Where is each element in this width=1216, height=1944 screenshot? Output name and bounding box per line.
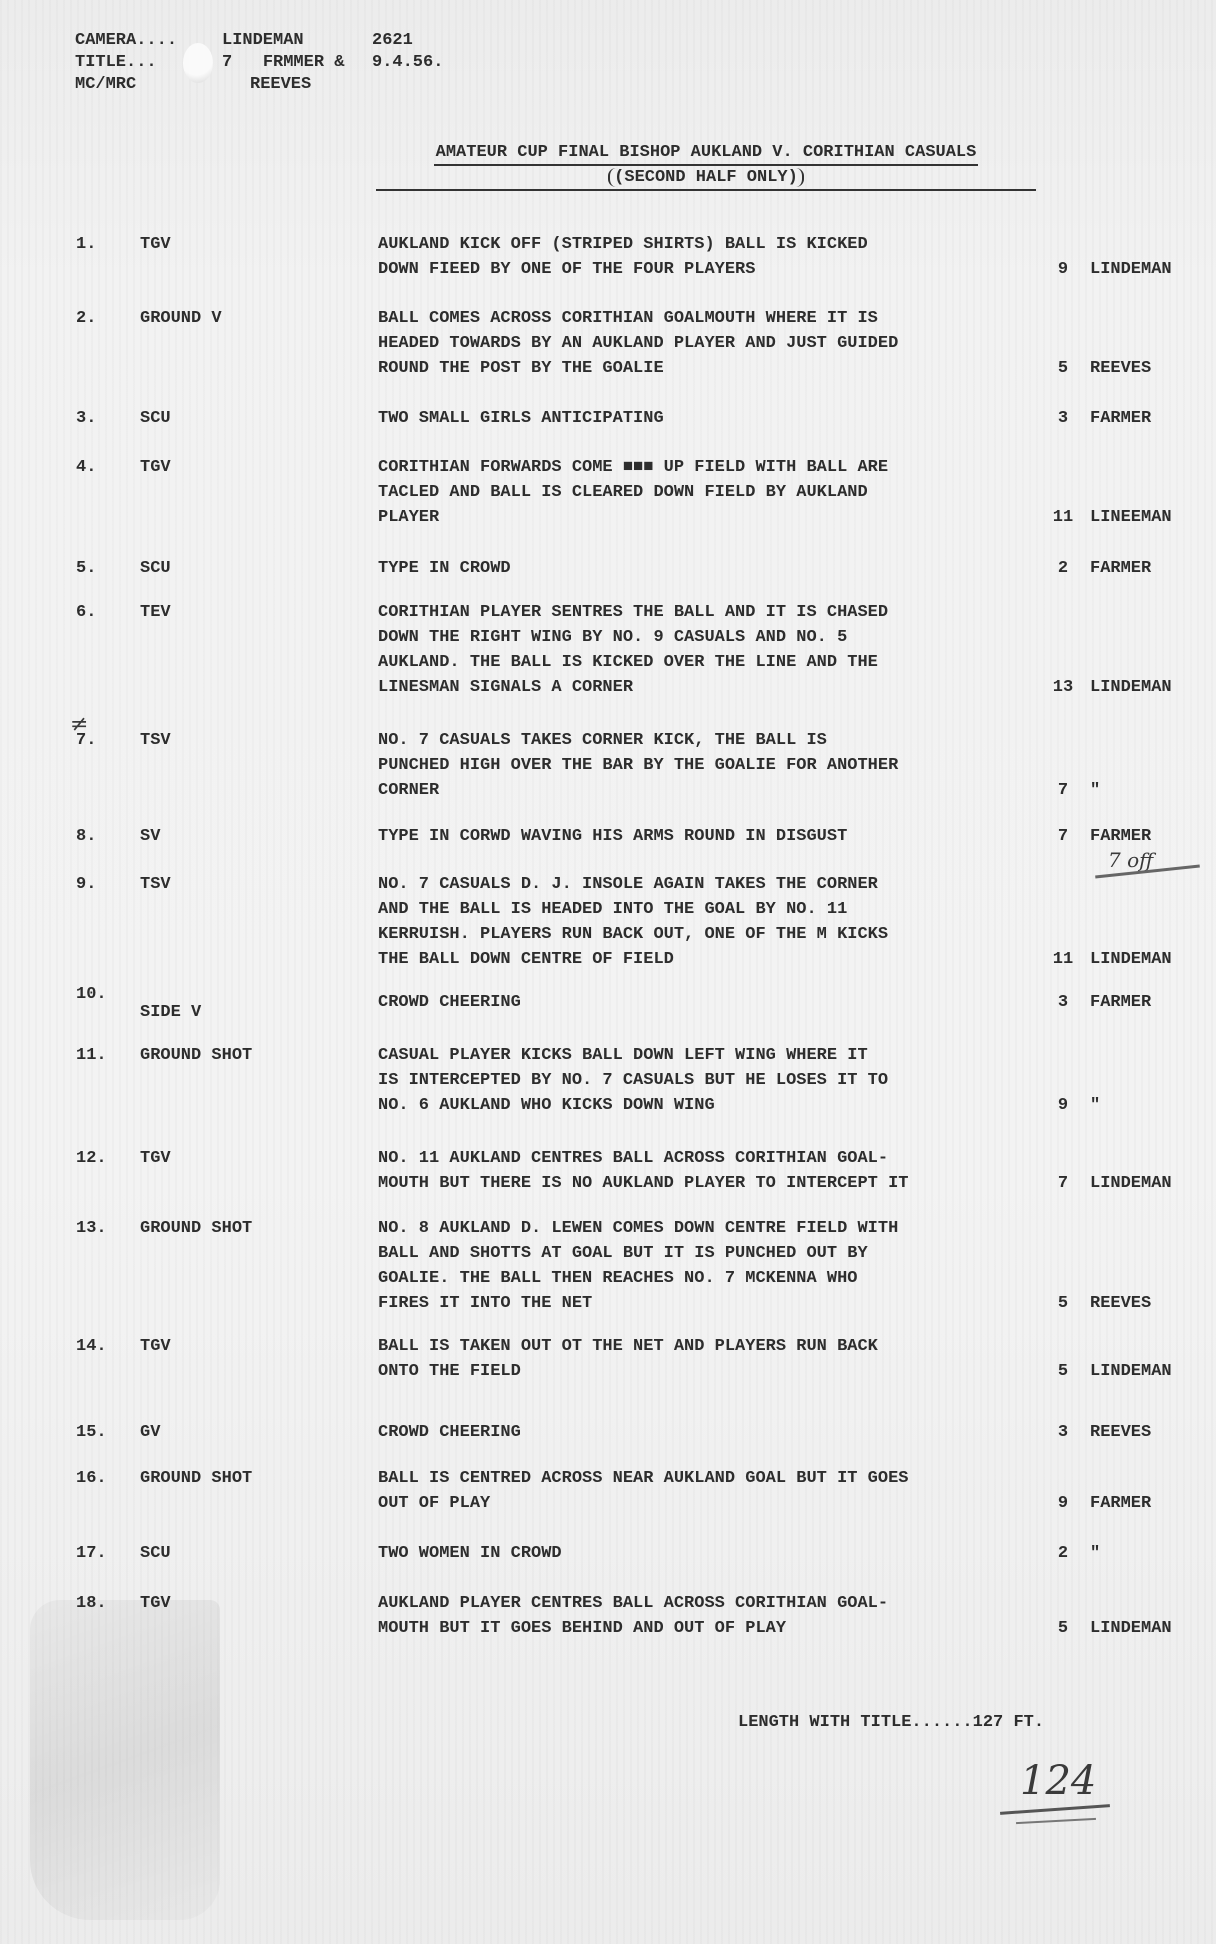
shot-description: BALL COMES ACROSS CORITHIAN GOALMOUTH WH… [378, 306, 1038, 381]
shot-type: TEV [140, 600, 340, 625]
shot-number: 1. [76, 232, 116, 257]
shot-number: 12. [76, 1146, 116, 1171]
title-value-names: FRMMER & [263, 53, 345, 72]
shot-number: 2. [76, 306, 116, 331]
shot-number: 16. [76, 1466, 116, 1491]
shot-number: 5. [76, 556, 116, 581]
shot-cameraman: REEVES [1090, 1291, 1216, 1316]
shot-description: CORITHIAN PLAYER SENTRES THE BALL AND IT… [378, 600, 1038, 700]
shot-length-feet: 2 [1048, 556, 1078, 581]
document-title: AMATEUR CUP FINAL BISHOP AUKLAND V. CORI… [376, 142, 1036, 191]
shot-cameraman: " [1090, 1093, 1216, 1118]
shot-length-feet: 9 [1048, 257, 1078, 282]
shot-number: 3. [76, 406, 116, 431]
shot-cameraman: REEVES [1090, 356, 1216, 381]
shot-cameraman: " [1090, 1541, 1216, 1566]
shot-type: TGV [140, 1334, 340, 1359]
date: 9.4.56. [372, 52, 443, 74]
shot-type: TSV [140, 728, 340, 753]
shot-cameraman: LINDEMAN [1090, 947, 1216, 972]
title-line-2: (SECOND HALF ONLY) [608, 168, 804, 187]
shot-number: 11. [76, 1043, 116, 1068]
shot-number: 14. [76, 1334, 116, 1359]
paper-crease [30, 1600, 220, 1920]
shot-description: TYPE IN CROWD [378, 556, 1038, 581]
shot-number: 17. [76, 1541, 116, 1566]
title-line-2-wrap: (SECOND HALF ONLY) [376, 167, 1036, 191]
shot-number: 4. [76, 455, 116, 480]
shot-number: 8. [76, 824, 116, 849]
handwritten-total: 124 [1020, 1758, 1096, 1804]
shot-description: AUKLAND PLAYER CENTRES BALL ACROSS CORIT… [378, 1591, 1038, 1641]
length-with-title: LENGTH WITH TITLE......127 Ft. [738, 1713, 1044, 1732]
shot-length-feet: 3 [1048, 1420, 1078, 1445]
shot-length-feet: 5 [1048, 356, 1078, 381]
handwritten-underline-2 [1016, 1818, 1096, 1824]
shot-length-feet: 9 [1048, 1491, 1078, 1516]
shot-description: AUKLAND KICK OFF (STRIPED SHIRTS) BALL I… [378, 232, 1038, 282]
punch-hole [183, 43, 213, 83]
header-values: LINDEMAN 7 FRMMER & REEVES [222, 30, 344, 96]
shot-type: SCU [140, 556, 340, 581]
shot-number: 10. [76, 982, 116, 1007]
shot-description: CROWD CHEERING [378, 990, 1038, 1015]
shot-length-feet: 5 [1048, 1616, 1078, 1641]
shot-cameraman: LINDEMAN [1090, 675, 1216, 700]
shot-type: SCU [140, 406, 340, 431]
shot-description: BALL IS CENTRED ACROSS NEAR AUKLAND GOAL… [378, 1466, 1038, 1516]
shot-type: GROUND V [140, 306, 340, 331]
shot-description: TYPE IN CORWD WAVING HIS ARMS ROUND IN D… [378, 824, 1038, 849]
shot-number: 6. [76, 600, 116, 625]
shot-type: SIDE V [140, 1000, 340, 1025]
shot-length-feet: 3 [1048, 406, 1078, 431]
shot-description: NO. 8 AUKLAND D. LEWEN COMES DOWN CENTRE… [378, 1216, 1038, 1316]
shot-description: TWO SMALL GIRLS ANTICIPATING [378, 406, 1038, 431]
shot-cameraman: FARMER [1090, 556, 1216, 581]
shot-length-feet: 5 [1048, 1359, 1078, 1384]
shot-length-feet: 2 [1048, 1541, 1078, 1566]
shot-type: TSV [140, 872, 340, 897]
shot-length-feet: 11 [1048, 505, 1078, 530]
shot-length-feet: 13 [1048, 675, 1078, 700]
shot-type: GROUND SHOT [140, 1216, 340, 1241]
shot-type: GROUND SHOT [140, 1043, 340, 1068]
shot-length-feet: 7 [1048, 778, 1078, 803]
shot-description: CORITHIAN FORWARDS COME ■■■ UP FIELD WIT… [378, 455, 1038, 530]
shot-description: CROWD CHEERING [378, 1420, 1038, 1445]
shot-length-feet: 9 [1048, 1093, 1078, 1118]
camera-label: CAMERA.... [75, 30, 177, 52]
shot-type: SCU [140, 1541, 340, 1566]
shot-description: BALL IS TAKEN OUT OT THE NET AND PLAYERS… [378, 1334, 1038, 1384]
shot-description: NO. 7 CASUALS TAKES CORNER KICK, THE BAL… [378, 728, 1038, 803]
shot-cameraman: " [1090, 778, 1216, 803]
handwritten-underline [1000, 1804, 1110, 1815]
shot-number: 9. [76, 872, 116, 897]
handwritten-tick-mark: ≠ [70, 712, 88, 737]
shot-type: GROUND SHOT [140, 1466, 340, 1491]
shot-description: TWO WOMEN IN CROWD [378, 1541, 1038, 1566]
title-line-1: AMATEUR CUP FINAL BISHOP AUKLAND V. CORI… [434, 142, 979, 166]
shot-number: 13. [76, 1216, 116, 1241]
shot-cameraman: LINDEMAN [1090, 1616, 1216, 1641]
shot-description: NO. 11 AUKLAND CENTRES BALL ACROSS CORIT… [378, 1146, 1038, 1196]
title-label: TITLE... [75, 52, 177, 74]
ref-number: 2621 [372, 30, 443, 52]
shot-cameraman: LINDEMAN [1090, 257, 1216, 282]
shot-length-feet: 5 [1048, 1291, 1078, 1316]
camera-value: LINDEMAN [222, 30, 344, 52]
mc-value: REEVES [222, 74, 344, 96]
shot-cameraman: REEVES [1090, 1420, 1216, 1445]
shot-description: NO. 7 CASUALS D. J. INSOLE AGAIN TAKES T… [378, 872, 1038, 972]
shot-cameraman: FARMER [1090, 990, 1216, 1015]
shot-length-feet: 7 [1048, 1171, 1078, 1196]
shot-cameraman: FARMER [1090, 824, 1216, 849]
shot-type: TGV [140, 455, 340, 480]
shot-number: 15. [76, 1420, 116, 1445]
shot-type: SV [140, 824, 340, 849]
title-value: 7 FRMMER & [222, 52, 344, 74]
title-number: 7 [222, 53, 232, 72]
header-ref: 2621 9.4.56. [372, 30, 443, 74]
handwritten-note: 7 off [1108, 848, 1153, 872]
shot-length-feet: 11 [1048, 947, 1078, 972]
shot-length-feet: 7 [1048, 824, 1078, 849]
shot-cameraman: LINDEMAN [1090, 1359, 1216, 1384]
shot-cameraman: LINEEMAN [1090, 505, 1216, 530]
shot-cameraman: LINDEMAN [1090, 1171, 1216, 1196]
shot-description: CASUAL PLAYER KICKS BALL DOWN LEFT WING … [378, 1043, 1038, 1118]
shot-type: GV [140, 1420, 340, 1445]
document-page: CAMERA.... TITLE... MC/MRC LINDEMAN 7 FR… [0, 0, 1216, 1944]
header-labels: CAMERA.... TITLE... MC/MRC [75, 30, 177, 96]
shot-type: TGV [140, 1146, 340, 1171]
shot-type: TGV [140, 232, 340, 257]
shot-length-feet: 3 [1048, 990, 1078, 1015]
shot-cameraman: FARMER [1090, 406, 1216, 431]
shot-cameraman: FARMER [1090, 1491, 1216, 1516]
mc-label: MC/MRC [75, 74, 177, 96]
